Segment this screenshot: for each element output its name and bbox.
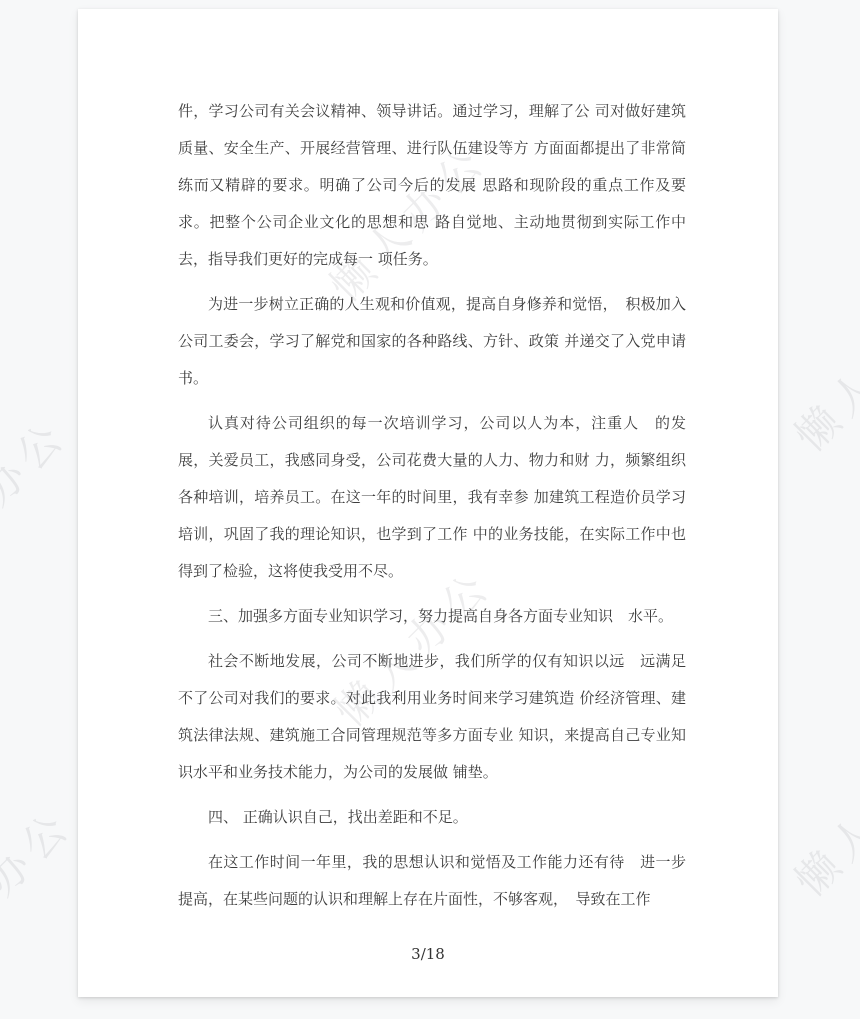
paragraph: 四、 正确认识自己，找出差距和不足。 <box>178 799 686 836</box>
watermark: 懒人办公 <box>0 404 79 588</box>
document-viewer: 件，学习公司有关会议精神、领导讲话。通过学习，理解了公 司对做好建筑质量、安全生… <box>0 0 860 1019</box>
paragraph: 三、加强多方面专业知识学习，努力提高自身各方面专业知识 水平。 <box>178 598 686 635</box>
paragraph: 在这工作时间一年里，我的思想认识和觉悟及工作能力还有待 进一步提高，在某些问题的… <box>178 844 686 918</box>
watermark: 懒人办公 <box>780 279 860 463</box>
paragraph: 认真对待公司组织的每一次培训学习，公司以人为本，注重人 的发展，关爱员工，我感同… <box>178 405 686 590</box>
document-page: 件，学习公司有关会议精神、领导讲话。通过学习，理解了公 司对做好建筑质量、安全生… <box>78 9 778 997</box>
paragraph: 社会不断地发展，公司不断地进步，我们所学的仅有知识以远 远满足不了公司对我们的要… <box>178 643 686 791</box>
paragraph: 件，学习公司有关会议精神、领导讲话。通过学习，理解了公 司对做好建筑质量、安全生… <box>178 93 686 278</box>
page-number: 3/18 <box>78 945 778 963</box>
watermark: 懒人办公 <box>780 724 860 908</box>
watermark: 懒人办公 <box>0 794 84 978</box>
document-content: 件，学习公司有关会议精神、领导讲话。通过学习，理解了公 司对做好建筑质量、安全生… <box>178 93 686 926</box>
paragraph: 为进一步树立正确的人生观和价值观，提高自身修养和觉悟， 积极加入公司工委会，学习… <box>178 286 686 397</box>
